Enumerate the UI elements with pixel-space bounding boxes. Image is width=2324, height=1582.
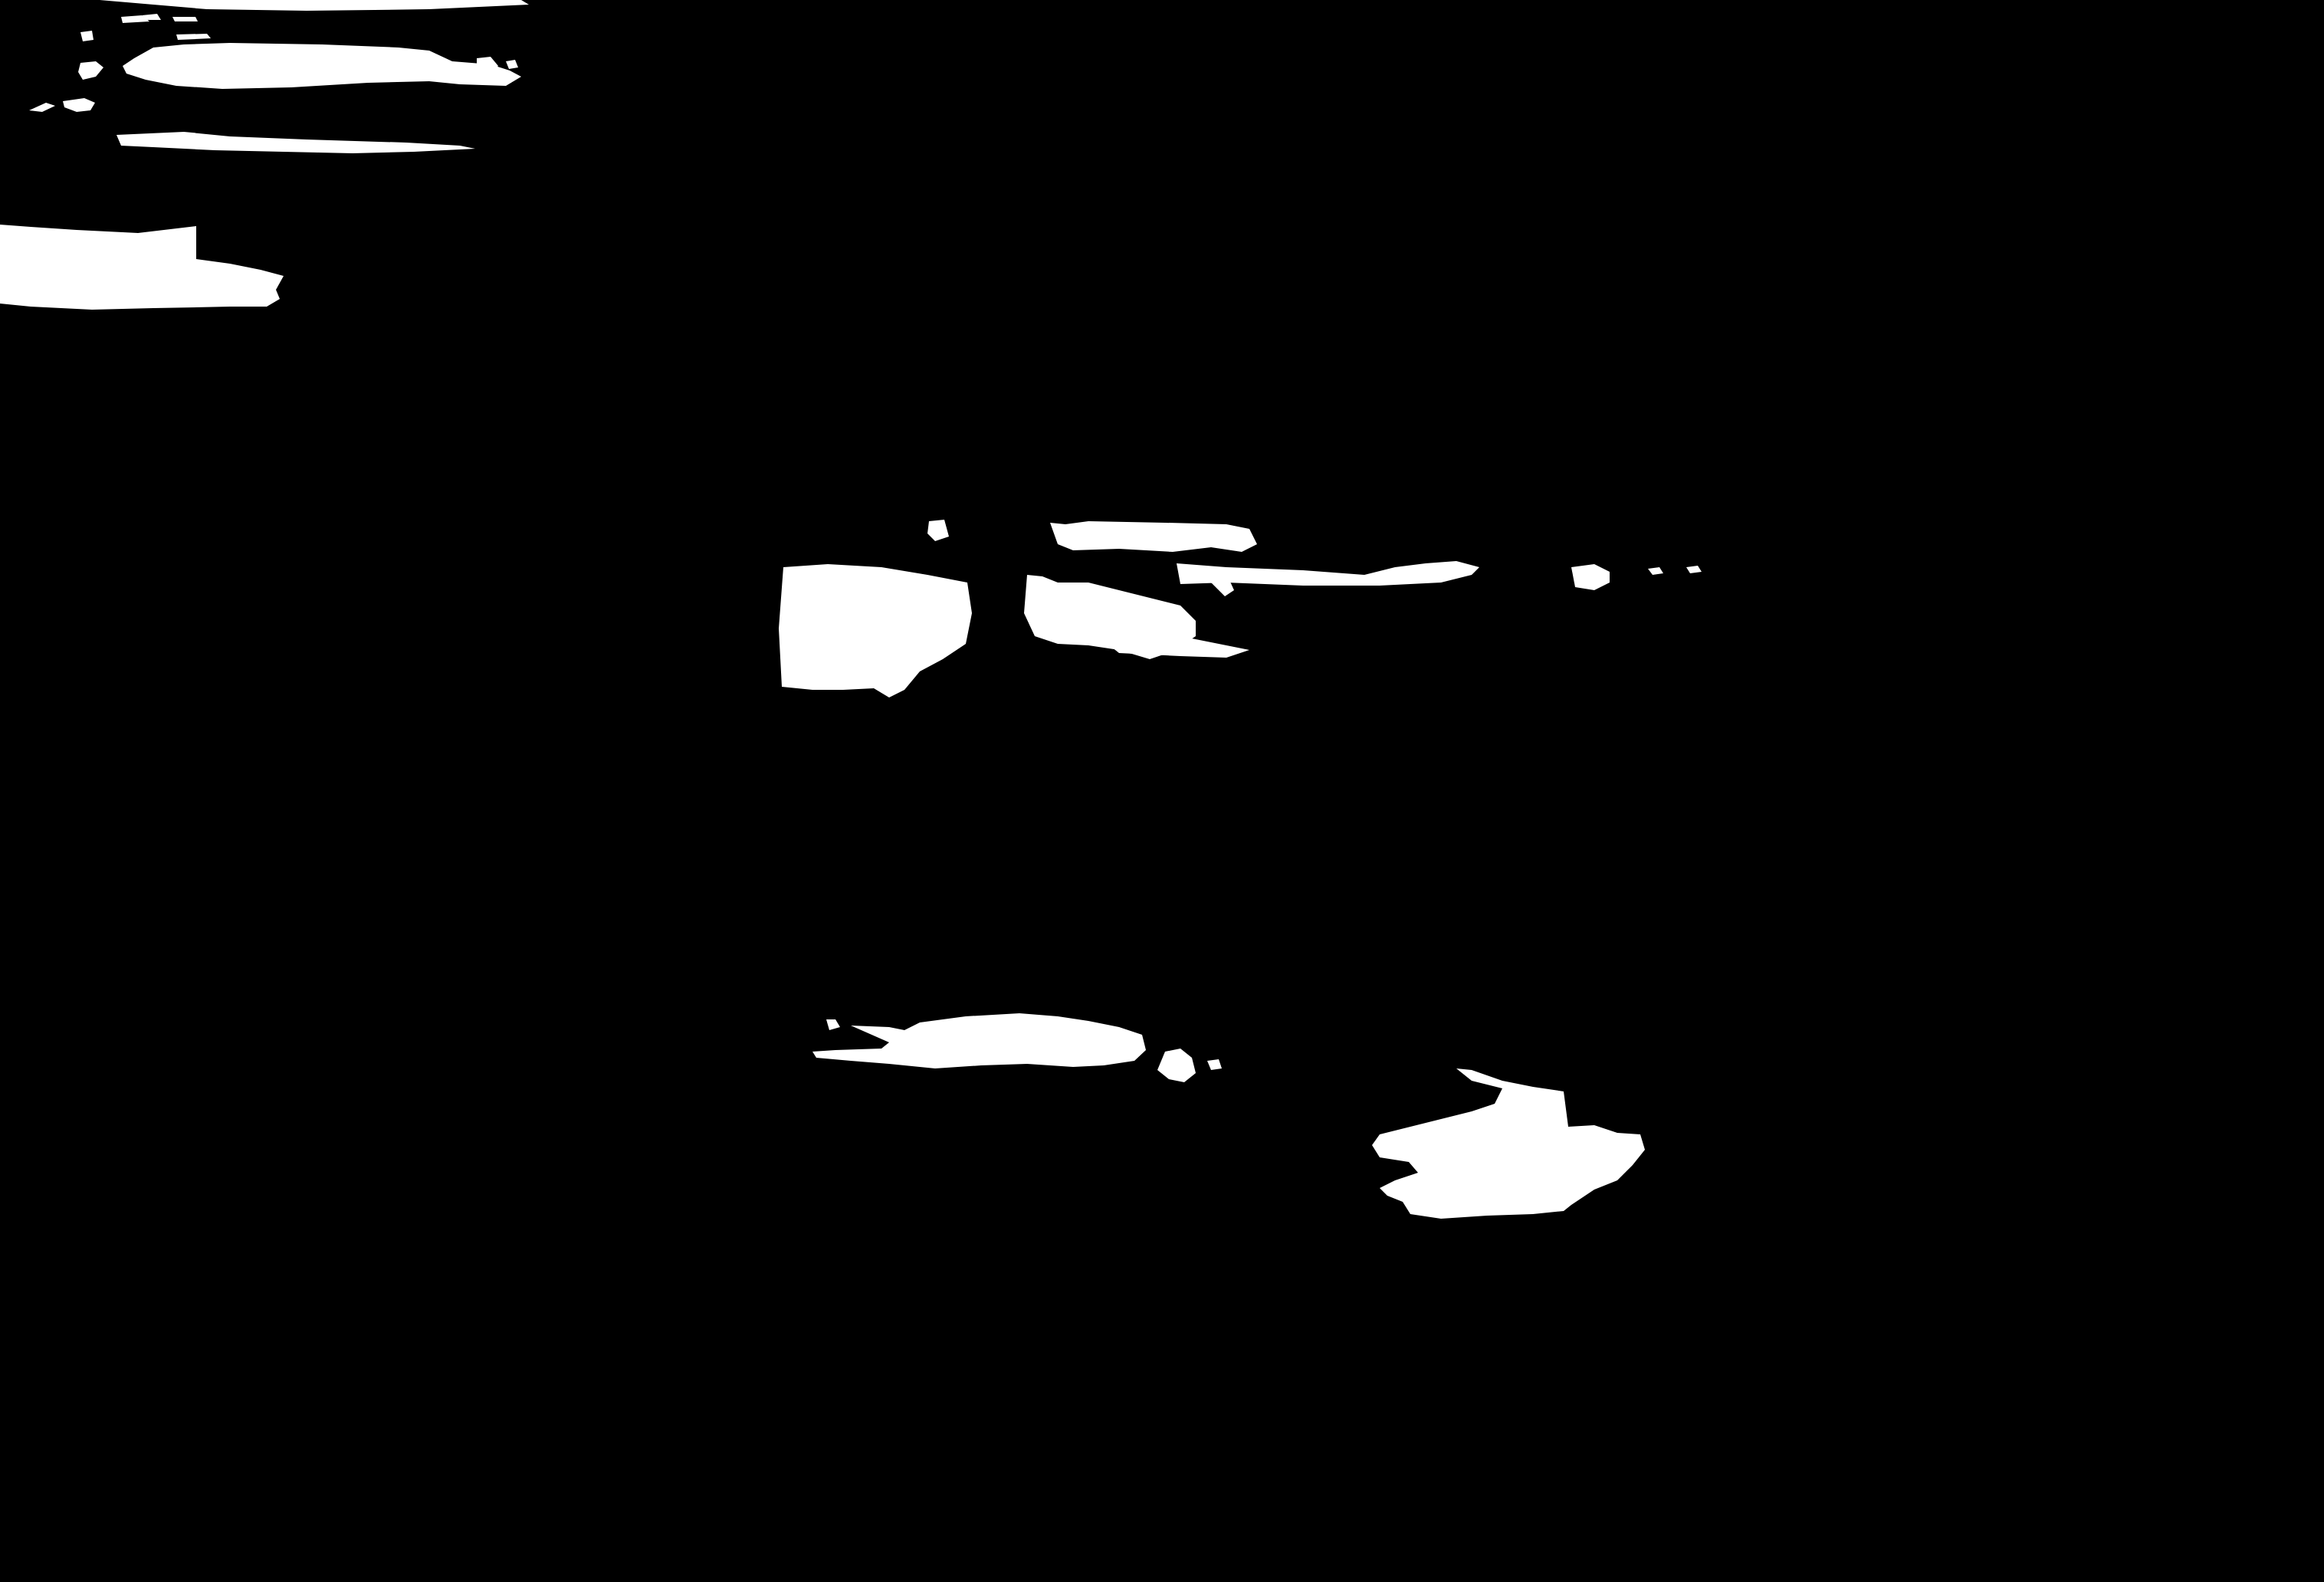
segmentation-mask (0, 0, 2324, 1582)
mask-background (0, 0, 2324, 1582)
